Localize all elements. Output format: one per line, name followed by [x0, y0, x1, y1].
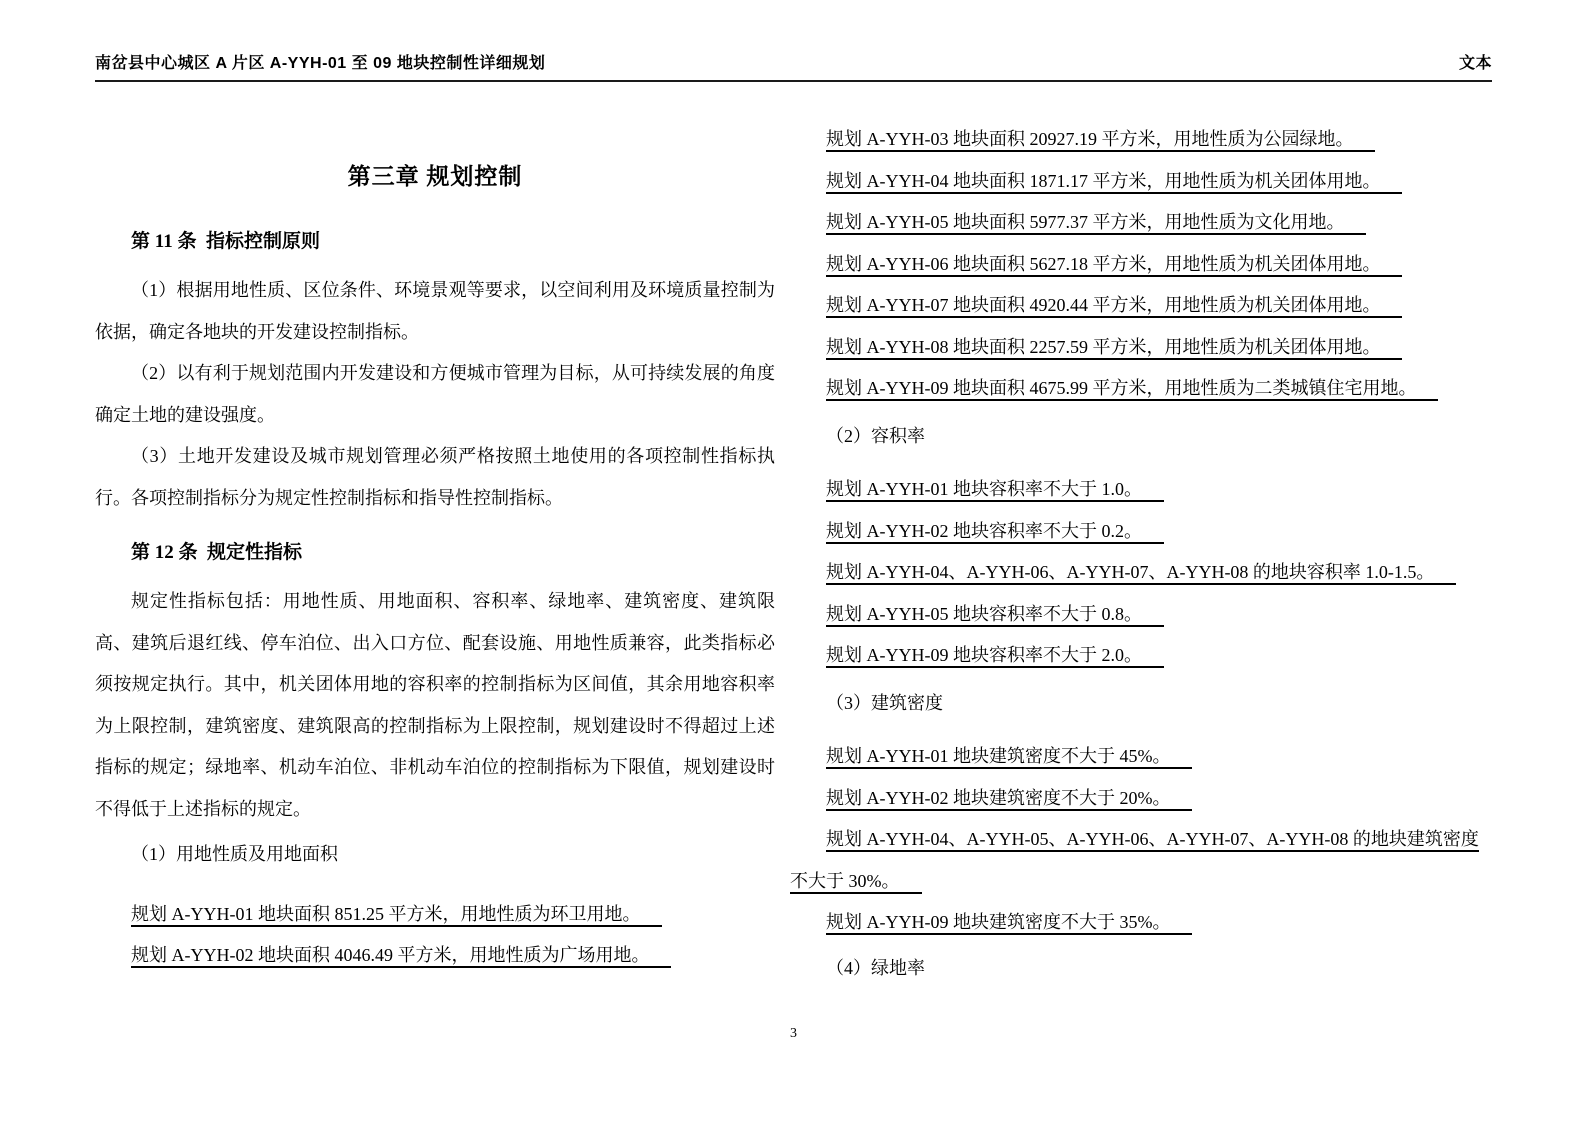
header-title: 南岔县中心城区 A 片区 A-YYH-01 至 09 地块控制性详细规划	[95, 50, 545, 73]
land-use-item: 规划 A-YYH-05 地块面积 5977.37 平方米，用地性质为文化用地。	[790, 202, 1490, 244]
plot-ratio-item: 规划 A-YYH-04、A-YYH-06、A-YYH-07、A-YYH-08 的…	[790, 552, 1490, 594]
underlined-clause: 规划 A-YYH-03 地块面积 20927.19 平方米，用地性质为公园绿地。	[826, 129, 1375, 152]
left-column: 第三章 规划控制 第 11 条 指标控制原则 （1）根据用地性质、区位条件、环境…	[95, 100, 775, 989]
header-doc-type: 文本	[1459, 50, 1492, 73]
building-density-item: 规划 A-YYH-04、A-YYH-05、A-YYH-06、A-YYH-07、A…	[790, 819, 1490, 902]
plot-ratio-item: 规划 A-YYH-09 地块容积率不大于 2.0。	[790, 635, 1490, 677]
land-use-item: 规划 A-YYH-08 地块面积 2257.59 平方米，用地性质为机关团体用地…	[790, 327, 1490, 369]
underlined-clause: 规划 A-YYH-04、A-YYH-05、A-YYH-06、A-YYH-07、A…	[790, 829, 1479, 894]
plot-ratio-item: 规划 A-YYH-05 地块容积率不大于 0.8。	[790, 594, 1490, 636]
underlined-clause: 规划 A-YYH-04 地块面积 1871.17 平方米，用地性质为机关团体用地…	[826, 171, 1402, 194]
document-page: 南岔县中心城区 A 片区 A-YYH-01 至 09 地块控制性详细规划 文本 …	[0, 0, 1587, 1122]
page-number: 3	[790, 1026, 797, 1041]
underlined-clause: 规划 A-YYH-01 地块容积率不大于 1.0。	[826, 479, 1164, 502]
plot-ratio-label: （2）容积率	[790, 416, 1490, 458]
underlined-clause: 规划 A-YYH-02 地块建筑密度不大于 20%。	[826, 788, 1192, 811]
two-column-body: 第三章 规划控制 第 11 条 指标控制原则 （1）根据用地性质、区位条件、环境…	[95, 100, 1490, 989]
article-12-heading: 第 12 条 规定性指标	[131, 539, 775, 567]
underlined-clause: 规划 A-YYH-09 地块建筑密度不大于 35%。	[826, 912, 1192, 935]
plot-ratio-item: 规划 A-YYH-01 地块容积率不大于 1.0。	[790, 469, 1490, 511]
underlined-clause: 规划 A-YYH-01 地块面积 851.25 平方米，用地性质为环卫用地。	[131, 904, 662, 927]
building-density-item: 规划 A-YYH-02 地块建筑密度不大于 20%。	[790, 778, 1490, 820]
land-use-item: 规划 A-YYH-09 地块面积 4675.99 平方米，用地性质为二类城镇住宅…	[790, 368, 1490, 410]
land-use-item: 规划 A-YYH-03 地块面积 20927.19 平方米，用地性质为公园绿地。	[790, 119, 1490, 161]
land-use-item: 规划 A-YYH-06 地块面积 5627.18 平方米，用地性质为机关团体用地…	[790, 244, 1490, 286]
green-rate-label: （4）绿地率	[790, 948, 1490, 990]
underlined-clause: 规划 A-YYH-09 地块容积率不大于 2.0。	[826, 645, 1164, 668]
page-footer: 3	[0, 1026, 1587, 1042]
article-11-heading: 第 11 条 指标控制原则	[131, 228, 775, 256]
right-column: 规划 A-YYH-03 地块面积 20927.19 平方米，用地性质为公园绿地。…	[790, 100, 1490, 989]
building-density-item: 规划 A-YYH-09 地块建筑密度不大于 35%。	[790, 902, 1490, 944]
article-11-paragraph-1: （1）根据用地性质、区位条件、环境景观等要求，以空间利用及环境质量控制为依据，确…	[95, 270, 775, 353]
underlined-clause: 规划 A-YYH-05 地块面积 5977.37 平方米，用地性质为文化用地。	[826, 212, 1366, 235]
underlined-clause: 规划 A-YYH-08 地块面积 2257.59 平方米，用地性质为机关团体用地…	[826, 337, 1402, 360]
article-12-intro: 规定性指标包括：用地性质、用地面积、容积率、绿地率、建筑密度、建筑限高、建筑后退…	[95, 581, 775, 830]
underlined-clause: 规划 A-YYH-06 地块面积 5627.18 平方米，用地性质为机关团体用地…	[826, 254, 1402, 277]
underlined-clause: 规划 A-YYH-05 地块容积率不大于 0.8。	[826, 604, 1164, 627]
underlined-clause: 规划 A-YYH-04、A-YYH-06、A-YYH-07、A-YYH-08 的…	[826, 562, 1456, 585]
page-header: 南岔县中心城区 A 片区 A-YYH-01 至 09 地块控制性详细规划 文本	[95, 50, 1492, 82]
underlined-clause: 规划 A-YYH-01 地块建筑密度不大于 45%。	[826, 746, 1192, 769]
underlined-clause: 规划 A-YYH-02 地块面积 4046.49 平方米，用地性质为广场用地。	[131, 945, 671, 968]
article-11-paragraph-3: （3）土地开发建设及城市规划管理必须严格按照土地使用的各项控制性指标执行。各项控…	[95, 436, 775, 519]
underlined-clause: 规划 A-YYH-07 地块面积 4920.44 平方米，用地性质为机关团体用地…	[826, 295, 1402, 318]
plot-ratio-item: 规划 A-YYH-02 地块容积率不大于 0.2。	[790, 511, 1490, 553]
land-use-item: 规划 A-YYH-01 地块面积 851.25 平方米，用地性质为环卫用地。	[95, 894, 775, 936]
land-use-label: （1）用地性质及用地面积	[95, 834, 775, 876]
chapter-title: 第三章 规划控制	[95, 162, 775, 192]
land-use-item: 规划 A-YYH-07 地块面积 4920.44 平方米，用地性质为机关团体用地…	[790, 285, 1490, 327]
land-use-item: 规划 A-YYH-04 地块面积 1871.17 平方米，用地性质为机关团体用地…	[790, 161, 1490, 203]
land-use-item: 规划 A-YYH-02 地块面积 4046.49 平方米，用地性质为广场用地。	[95, 935, 775, 977]
underlined-clause: 规划 A-YYH-02 地块容积率不大于 0.2。	[826, 521, 1164, 544]
building-density-label: （3）建筑密度	[790, 683, 1490, 725]
article-11-paragraph-2: （2）以有利于规划范围内开发建设和方便城市管理为目标，从可持续发展的角度确定土地…	[95, 353, 775, 436]
underlined-clause: 规划 A-YYH-09 地块面积 4675.99 平方米，用地性质为二类城镇住宅…	[826, 378, 1438, 401]
building-density-item: 规划 A-YYH-01 地块建筑密度不大于 45%。	[790, 736, 1490, 778]
